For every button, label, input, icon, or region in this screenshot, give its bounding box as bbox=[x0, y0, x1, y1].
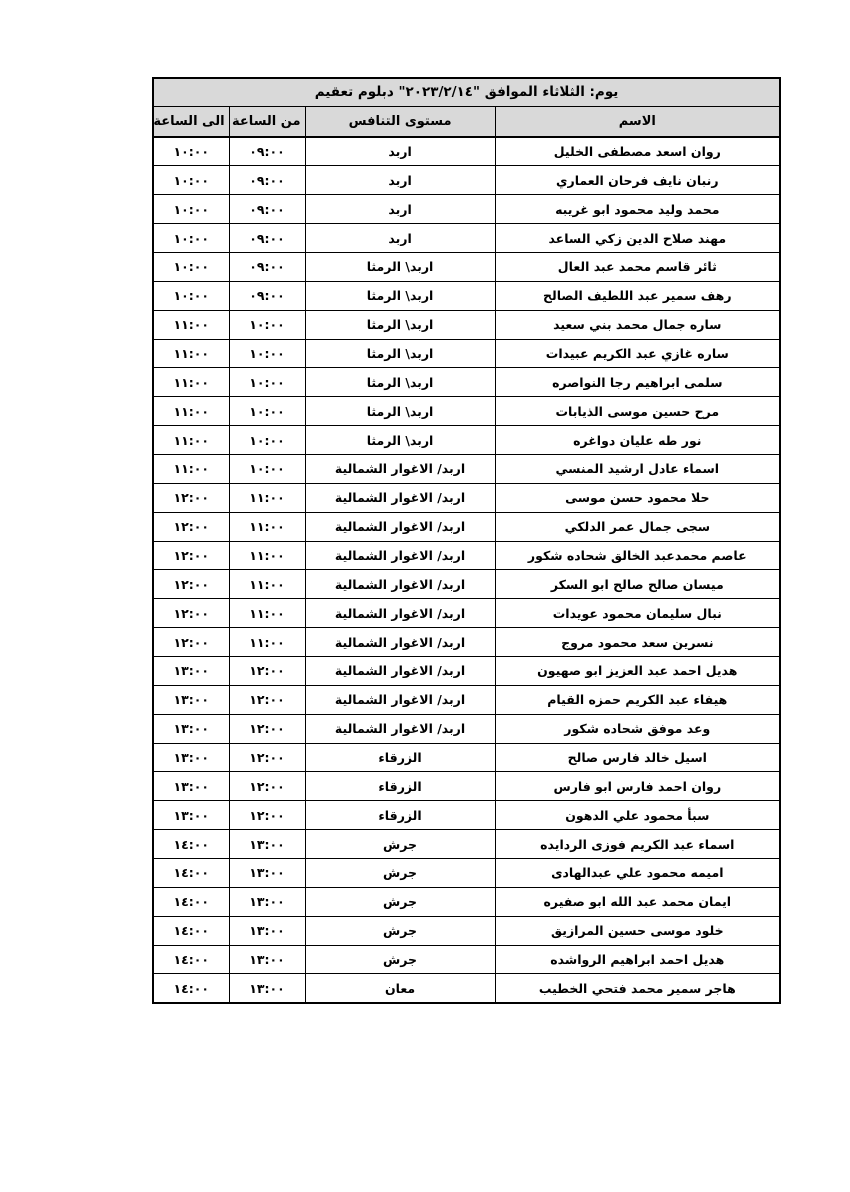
table-row: هديل احمد ابراهيم الرواشده جرش ١٣:٠٠ ١٤:… bbox=[153, 945, 780, 974]
cell-level: اربد\ الرمثا bbox=[305, 281, 495, 310]
cell-to-time: ١٠:٠٠ bbox=[153, 166, 229, 195]
cell-from-time: ٠٩:٠٠ bbox=[229, 252, 305, 281]
table-header-row: الاسم مستوى التنافس من الساعة الى الساعة bbox=[153, 106, 780, 137]
cell-to-time: ١٤:٠٠ bbox=[153, 858, 229, 887]
table-row: وعد موفق شحاده شكور اربد/ الاغوار الشمال… bbox=[153, 714, 780, 743]
table-row: محمد وليد محمود ابو غريبه اربد ٠٩:٠٠ ١٠:… bbox=[153, 195, 780, 224]
cell-to-time: ١١:٠٠ bbox=[153, 368, 229, 397]
cell-name: مهند صلاح الدين زكي الساعد bbox=[495, 224, 780, 253]
cell-from-time: ٠٩:٠٠ bbox=[229, 281, 305, 310]
cell-name: عاصم محمدعبد الخالق شحاده شكور bbox=[495, 541, 780, 570]
cell-to-time: ١٢:٠٠ bbox=[153, 512, 229, 541]
cell-level: اربد/ الاغوار الشمالية bbox=[305, 714, 495, 743]
cell-to-time: ١١:٠٠ bbox=[153, 339, 229, 368]
table-row: اسيل خالد فارس صالح الزرقاء ١٢:٠٠ ١٣:٠٠ bbox=[153, 743, 780, 772]
cell-name: خلود موسى حسين المرازيق bbox=[495, 916, 780, 945]
cell-to-time: ١٤:٠٠ bbox=[153, 916, 229, 945]
table-row: روان اسعد مصطفى الخليل اربد ٠٩:٠٠ ١٠:٠٠ bbox=[153, 137, 780, 166]
cell-name: هيفاء عبد الكريم حمزه القيام bbox=[495, 685, 780, 714]
cell-from-time: ١٣:٠٠ bbox=[229, 945, 305, 974]
cell-from-time: ١٢:٠٠ bbox=[229, 714, 305, 743]
cell-from-time: ١١:٠٠ bbox=[229, 599, 305, 628]
cell-to-time: ١١:٠٠ bbox=[153, 310, 229, 339]
cell-name: ساره جمال محمد بني سعيد bbox=[495, 310, 780, 339]
table-title: يوم: الثلاثاء الموافق "٢٠٢٣/٢/١٤" دبلوم … bbox=[153, 78, 780, 106]
table-row: نسرين سعد محمود مروج اربد/ الاغوار الشما… bbox=[153, 628, 780, 657]
cell-to-time: ١٣:٠٠ bbox=[153, 801, 229, 830]
cell-to-time: ١٢:٠٠ bbox=[153, 628, 229, 657]
cell-to-time: ١٣:٠٠ bbox=[153, 714, 229, 743]
cell-to-time: ١٣:٠٠ bbox=[153, 656, 229, 685]
table-row: ميسان صالح صالح ابو السكر اربد/ الاغوار … bbox=[153, 570, 780, 599]
table-row: مرح حسين موسى الذيابات اربد\ الرمثا ١٠:٠… bbox=[153, 397, 780, 426]
table-row: نور طه عليان دواغره اربد\ الرمثا ١٠:٠٠ ١… bbox=[153, 426, 780, 455]
cell-level: الزرقاء bbox=[305, 743, 495, 772]
cell-from-time: ١٠:٠٠ bbox=[229, 454, 305, 483]
table-row: رهف سمير عبد اللطيف الصالح اربد\ الرمثا … bbox=[153, 281, 780, 310]
cell-level: اربد/ الاغوار الشمالية bbox=[305, 570, 495, 599]
cell-to-time: ١٠:٠٠ bbox=[153, 252, 229, 281]
cell-name: روان اسعد مصطفى الخليل bbox=[495, 137, 780, 166]
cell-level: الزرقاء bbox=[305, 772, 495, 801]
cell-to-time: ١١:٠٠ bbox=[153, 397, 229, 426]
cell-from-time: ١٢:٠٠ bbox=[229, 772, 305, 801]
cell-to-time: ١٢:٠٠ bbox=[153, 483, 229, 512]
cell-level: جرش bbox=[305, 916, 495, 945]
cell-from-time: ١٠:٠٠ bbox=[229, 426, 305, 455]
cell-name: وعد موفق شحاده شكور bbox=[495, 714, 780, 743]
cell-to-time: ١٣:٠٠ bbox=[153, 685, 229, 714]
cell-to-time: ١٠:٠٠ bbox=[153, 224, 229, 253]
cell-level: اربد bbox=[305, 195, 495, 224]
cell-name: ثائر قاسم محمد عبد العال bbox=[495, 252, 780, 281]
cell-to-time: ١٢:٠٠ bbox=[153, 570, 229, 599]
cell-to-time: ١٠:٠٠ bbox=[153, 195, 229, 224]
cell-name: هاجر سمير محمد فتحي الخطيب bbox=[495, 974, 780, 1003]
cell-level: معان bbox=[305, 974, 495, 1003]
cell-level: اربد\ الرمثا bbox=[305, 310, 495, 339]
cell-from-time: ١١:٠٠ bbox=[229, 483, 305, 512]
column-header-from-hour: من الساعة bbox=[229, 106, 305, 137]
schedule-table: يوم: الثلاثاء الموافق "٢٠٢٣/٢/١٤" دبلوم … bbox=[152, 77, 781, 1004]
cell-name: نبال سليمان محمود عويدات bbox=[495, 599, 780, 628]
cell-name: محمد وليد محمود ابو غريبه bbox=[495, 195, 780, 224]
cell-from-time: ١٢:٠٠ bbox=[229, 743, 305, 772]
table-title-row: يوم: الثلاثاء الموافق "٢٠٢٣/٢/١٤" دبلوم … bbox=[153, 78, 780, 106]
cell-name: ايمان محمد عبد الله ابو صفيره bbox=[495, 887, 780, 916]
cell-level: جرش bbox=[305, 945, 495, 974]
cell-to-time: ١٢:٠٠ bbox=[153, 599, 229, 628]
cell-level: اربد bbox=[305, 166, 495, 195]
cell-to-time: ١٤:٠٠ bbox=[153, 830, 229, 859]
cell-name: ميسان صالح صالح ابو السكر bbox=[495, 570, 780, 599]
cell-level: جرش bbox=[305, 830, 495, 859]
cell-level: اربد\ الرمثا bbox=[305, 426, 495, 455]
cell-name: حلا محمود حسن موسى bbox=[495, 483, 780, 512]
cell-level: اربد/ الاغوار الشمالية bbox=[305, 628, 495, 657]
cell-from-time: ١٣:٠٠ bbox=[229, 887, 305, 916]
cell-level: الزرقاء bbox=[305, 801, 495, 830]
table-row: هديل احمد عبد العزيز ابو صهيون اربد/ الا… bbox=[153, 656, 780, 685]
cell-level: اربد/ الاغوار الشمالية bbox=[305, 685, 495, 714]
table-row: حلا محمود حسن موسى اربد/ الاغوار الشمالي… bbox=[153, 483, 780, 512]
cell-level: جرش bbox=[305, 887, 495, 916]
cell-to-time: ١٤:٠٠ bbox=[153, 945, 229, 974]
cell-from-time: ١١:٠٠ bbox=[229, 628, 305, 657]
cell-from-time: ١١:٠٠ bbox=[229, 512, 305, 541]
table-row: هيفاء عبد الكريم حمزه القيام اربد/ الاغو… bbox=[153, 685, 780, 714]
cell-from-time: ١٢:٠٠ bbox=[229, 801, 305, 830]
cell-level: اربد\ الرمثا bbox=[305, 368, 495, 397]
table-row: نبال سليمان محمود عويدات اربد/ الاغوار ا… bbox=[153, 599, 780, 628]
cell-level: اربد bbox=[305, 224, 495, 253]
cell-to-time: ١٤:٠٠ bbox=[153, 887, 229, 916]
cell-to-time: ١٤:٠٠ bbox=[153, 974, 229, 1003]
table-row: سبأ محمود علي الدهون الزرقاء ١٢:٠٠ ١٣:٠٠ bbox=[153, 801, 780, 830]
table-row: ثائر قاسم محمد عبد العال اربد\ الرمثا ٠٩… bbox=[153, 252, 780, 281]
cell-name: رهف سمير عبد اللطيف الصالح bbox=[495, 281, 780, 310]
cell-to-time: ١٣:٠٠ bbox=[153, 772, 229, 801]
cell-from-time: ٠٩:٠٠ bbox=[229, 137, 305, 166]
cell-level: اربد/ الاغوار الشمالية bbox=[305, 599, 495, 628]
table-body: روان اسعد مصطفى الخليل اربد ٠٩:٠٠ ١٠:٠٠ … bbox=[153, 137, 780, 1003]
cell-name: مرح حسين موسى الذيابات bbox=[495, 397, 780, 426]
cell-name: اميمه محمود علي عبدالهادى bbox=[495, 858, 780, 887]
cell-from-time: ١٠:٠٠ bbox=[229, 339, 305, 368]
document-page: يوم: الثلاثاء الموافق "٢٠٢٣/٢/١٤" دبلوم … bbox=[0, 0, 850, 1192]
cell-from-time: ٠٩:٠٠ bbox=[229, 195, 305, 224]
cell-name: رنبان نايف فرحان العماري bbox=[495, 166, 780, 195]
column-header-to-hour: الى الساعة bbox=[153, 106, 229, 137]
cell-level: اربد/ الاغوار الشمالية bbox=[305, 656, 495, 685]
table-row: اسماء عادل ارشيد المنسي اربد/ الاغوار ال… bbox=[153, 454, 780, 483]
cell-name: اسماء عادل ارشيد المنسي bbox=[495, 454, 780, 483]
cell-name: اسيل خالد فارس صالح bbox=[495, 743, 780, 772]
cell-level: اربد/ الاغوار الشمالية bbox=[305, 541, 495, 570]
table-row: اميمه محمود علي عبدالهادى جرش ١٣:٠٠ ١٤:٠… bbox=[153, 858, 780, 887]
cell-from-time: ١٠:٠٠ bbox=[229, 397, 305, 426]
cell-to-time: ١٢:٠٠ bbox=[153, 541, 229, 570]
table-row: عاصم محمدعبد الخالق شحاده شكور اربد/ الا… bbox=[153, 541, 780, 570]
table-row: اسماء عبد الكريم فوزى الردايده جرش ١٣:٠٠… bbox=[153, 830, 780, 859]
cell-from-time: ٠٩:٠٠ bbox=[229, 224, 305, 253]
table-row: هاجر سمير محمد فتحي الخطيب معان ١٣:٠٠ ١٤… bbox=[153, 974, 780, 1003]
table-row: خلود موسى حسين المرازيق جرش ١٣:٠٠ ١٤:٠٠ bbox=[153, 916, 780, 945]
cell-name: روان احمد فارس ابو فارس bbox=[495, 772, 780, 801]
cell-level: اربد\ الرمثا bbox=[305, 397, 495, 426]
cell-from-time: ١١:٠٠ bbox=[229, 541, 305, 570]
cell-from-time: ١٢:٠٠ bbox=[229, 656, 305, 685]
cell-from-time: ١١:٠٠ bbox=[229, 570, 305, 599]
table-row: ايمان محمد عبد الله ابو صفيره جرش ١٣:٠٠ … bbox=[153, 887, 780, 916]
column-header-name: الاسم bbox=[495, 106, 780, 137]
cell-to-time: ١٠:٠٠ bbox=[153, 281, 229, 310]
table-row: روان احمد فارس ابو فارس الزرقاء ١٢:٠٠ ١٣… bbox=[153, 772, 780, 801]
cell-to-time: ١٠:٠٠ bbox=[153, 137, 229, 166]
cell-level: اربد\ الرمثا bbox=[305, 339, 495, 368]
cell-to-time: ١٣:٠٠ bbox=[153, 743, 229, 772]
cell-name: نسرين سعد محمود مروج bbox=[495, 628, 780, 657]
cell-from-time: ١٠:٠٠ bbox=[229, 368, 305, 397]
cell-level: اربد\ الرمثا bbox=[305, 252, 495, 281]
cell-level: اربد bbox=[305, 137, 495, 166]
column-header-level: مستوى التنافس bbox=[305, 106, 495, 137]
cell-from-time: ١٢:٠٠ bbox=[229, 685, 305, 714]
table-row: سلمى ابراهيم رجا النواصره اربد\ الرمثا ١… bbox=[153, 368, 780, 397]
cell-level: اربد/ الاغوار الشمالية bbox=[305, 483, 495, 512]
cell-from-time: ٠٩:٠٠ bbox=[229, 166, 305, 195]
cell-name: ساره غازي عبد الكريم عبيدات bbox=[495, 339, 780, 368]
cell-name: هديل احمد عبد العزيز ابو صهيون bbox=[495, 656, 780, 685]
cell-name: سبأ محمود علي الدهون bbox=[495, 801, 780, 830]
cell-from-time: ١٠:٠٠ bbox=[229, 310, 305, 339]
cell-level: اربد/ الاغوار الشمالية bbox=[305, 512, 495, 541]
cell-from-time: ١٣:٠٠ bbox=[229, 974, 305, 1003]
cell-name: هديل احمد ابراهيم الرواشده bbox=[495, 945, 780, 974]
cell-to-time: ١١:٠٠ bbox=[153, 454, 229, 483]
table-row: سجى جمال عمر الدلكي اربد/ الاغوار الشمال… bbox=[153, 512, 780, 541]
cell-name: سلمى ابراهيم رجا النواصره bbox=[495, 368, 780, 397]
cell-level: جرش bbox=[305, 858, 495, 887]
cell-name: اسماء عبد الكريم فوزى الردايده bbox=[495, 830, 780, 859]
cell-to-time: ١١:٠٠ bbox=[153, 426, 229, 455]
cell-name: سجى جمال عمر الدلكي bbox=[495, 512, 780, 541]
table-row: مهند صلاح الدين زكي الساعد اربد ٠٩:٠٠ ١٠… bbox=[153, 224, 780, 253]
table-row: ساره غازي عبد الكريم عبيدات اربد\ الرمثا… bbox=[153, 339, 780, 368]
table-row: رنبان نايف فرحان العماري اربد ٠٩:٠٠ ١٠:٠… bbox=[153, 166, 780, 195]
cell-from-time: ١٣:٠٠ bbox=[229, 916, 305, 945]
cell-from-time: ١٣:٠٠ bbox=[229, 830, 305, 859]
cell-from-time: ١٣:٠٠ bbox=[229, 858, 305, 887]
cell-level: اربد/ الاغوار الشمالية bbox=[305, 454, 495, 483]
table-row: ساره جمال محمد بني سعيد اربد\ الرمثا ١٠:… bbox=[153, 310, 780, 339]
cell-name: نور طه عليان دواغره bbox=[495, 426, 780, 455]
